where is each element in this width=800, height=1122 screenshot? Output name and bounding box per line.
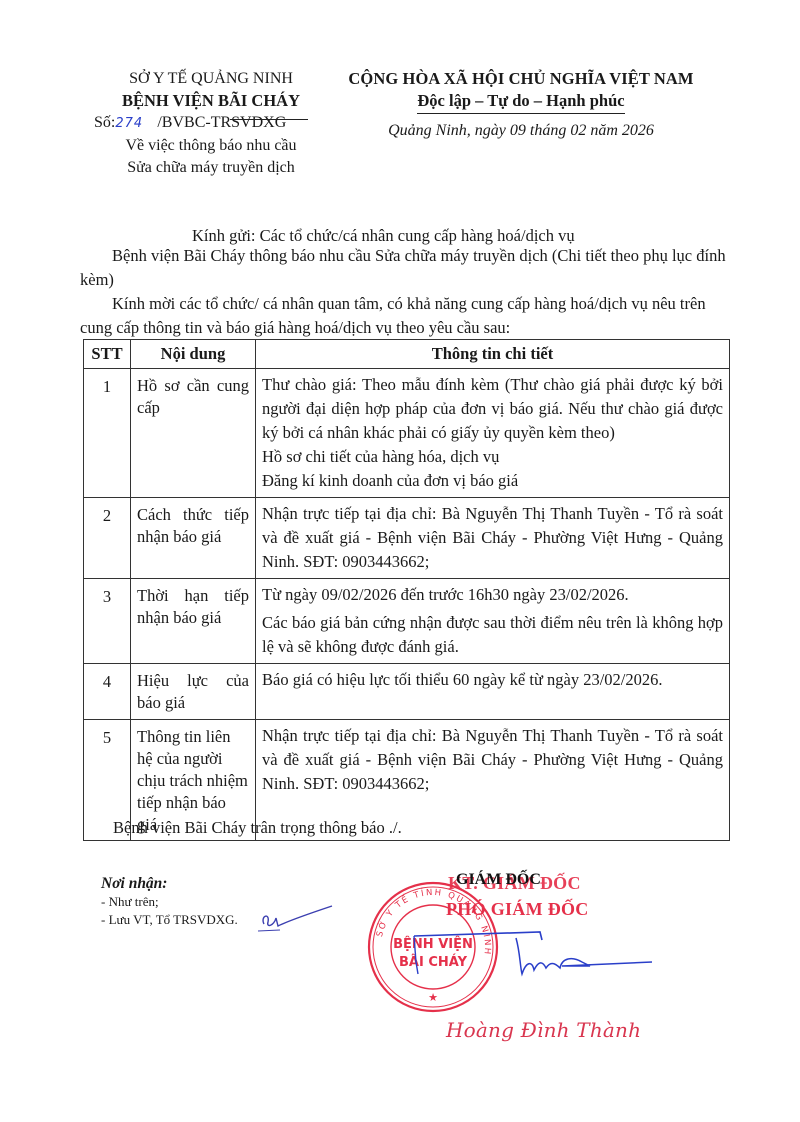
document-date: Quảng Ninh, ngày 09 tháng 02 năm 2026 (322, 122, 720, 140)
detail-line: Nhận trực tiếp tại địa chỉ: Bà Nguyễn Th… (262, 502, 723, 574)
table-row: 4 Hiệu lực của báo giá Báo giá có hiệu l… (84, 664, 730, 720)
paragraph-need: Bệnh viện Bãi Cháy thông báo nhu cầu Sửa… (80, 244, 730, 292)
organization-name: BỆNH VIỆN BÃI CHÁY (80, 90, 342, 112)
row-topic: Cách thức tiếp nhận báo giá (131, 498, 256, 579)
row-topic: Hiệu lực của báo giá (131, 664, 256, 720)
row-details: Báo giá có hiệu lực tối thiểu 60 ngày kể… (256, 664, 730, 720)
row-details: Từ ngày 09/02/2026 đến trước 16h30 ngày … (256, 579, 730, 664)
detail-line: Các báo giá bản cứng nhận được sau thời … (262, 611, 723, 659)
country-name: CỘNG HÒA XÃ HỘI CHỦ NGHĨA VIỆT NAM (322, 68, 720, 90)
national-motto: Độc lập – Tự do – Hạnh phúc (417, 90, 624, 114)
row-details: Thư chào giá: Theo mẫu đính kèm (Thư chà… (256, 369, 730, 498)
detail-line: Hồ sơ chi tiết của hàng hóa, dịch vụ (262, 445, 723, 469)
detail-line: Từ ngày 09/02/2026 đến trước 16h30 ngày … (262, 583, 723, 607)
recipients-title: Nơi nhận: (101, 875, 167, 893)
table-row: 1 Hồ sơ cần cung cấp Thư chào giá: Theo … (84, 369, 730, 498)
requirements-table: STT Nội dung Thông tin chi tiết 1 Hồ sơ … (83, 339, 730, 841)
table-row: 3 Thời hạn tiếp nhận báo giá Từ ngày 09/… (84, 579, 730, 664)
issuing-authority-block: SỞ Y TẾ QUẢNG NINH BỆNH VIỆN BÃI CHÁY Số… (80, 68, 342, 179)
closing-line: Bệnh viện Bãi Cháy trân trọng thông báo … (113, 818, 402, 838)
paragraph-invitation: Kính mời các tổ chức/ cá nhân quan tâm, … (80, 292, 730, 340)
subject-line-2: Sửa chữa máy truyền dịch (80, 157, 342, 179)
row-stt: 3 (84, 579, 131, 664)
agency-name: SỞ Y TẾ QUẢNG NINH (80, 68, 342, 90)
row-stt: 4 (84, 664, 131, 720)
detail-line: Thư chào giá: Theo mẫu đính kèm (Thư chà… (262, 373, 723, 445)
document-number: Số:274/BVBC-TRSVDXG (80, 112, 342, 135)
subject-line-1: Về việc thông báo nhu cầu (80, 135, 342, 157)
document-number-suffix: /BVBC-TRSVDXG (157, 114, 286, 131)
row-topic: Thời hạn tiếp nhận báo giá (131, 579, 256, 664)
column-header-stt: STT (84, 340, 131, 369)
handwritten-number: 274 (115, 113, 157, 135)
signature-printed-title: GIÁM ĐỐC (456, 871, 541, 889)
signer-name: Hoàng Đình Thành (446, 1018, 641, 1042)
table-header-row: STT Nội dung Thông tin chi tiết (84, 340, 730, 369)
recipients-list: - Như trên; - Lưu VT, Tổ TRSVDXG. (101, 893, 238, 929)
national-header-block: CỘNG HÒA XÃ HỘI CHỦ NGHĨA VIỆT NAM Độc l… (322, 68, 720, 140)
row-details: Nhận trực tiếp tại địa chỉ: Bà Nguyễn Th… (256, 498, 730, 579)
row-topic: Hồ sơ cần cung cấp (131, 369, 256, 498)
detail-line: Báo giá có hiệu lực tối thiểu 60 ngày kể… (262, 668, 723, 692)
director-signature-icon (412, 922, 652, 992)
recipient-item: - Lưu VT, Tổ TRSVDXG. (101, 911, 238, 929)
detail-line: Đăng kí kinh doanh của đơn vị báo giá (262, 469, 723, 493)
table-row: 2 Cách thức tiếp nhận báo giá Nhận trực … (84, 498, 730, 579)
column-header-details: Thông tin chi tiết (256, 340, 730, 369)
seal-star-icon: ★ (428, 992, 438, 1004)
detail-line: Nhận trực tiếp tại địa chỉ: Bà Nguyễn Th… (262, 724, 723, 796)
recipient-item: - Như trên; (101, 893, 238, 911)
document-number-label: Số: (94, 114, 115, 131)
initials-signature-icon (256, 904, 336, 934)
header-rule (230, 119, 308, 120)
row-stt: 2 (84, 498, 131, 579)
row-stt: 1 (84, 369, 131, 498)
column-header-content: Nội dung (131, 340, 256, 369)
